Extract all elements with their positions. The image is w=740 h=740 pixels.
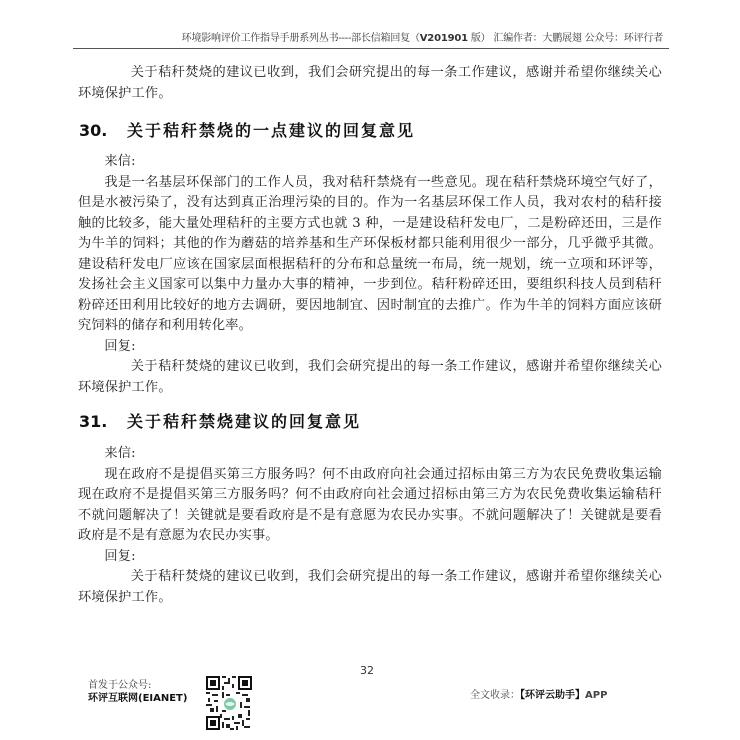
reply-label: 回复: <box>78 547 662 568</box>
qr-code-icon <box>206 676 252 730</box>
running-header: 环境影响评价工作指导手册系列丛书----部长信箱回复（V201901 版） 汇编… <box>73 33 669 49</box>
reply-label: 回复: <box>78 337 662 358</box>
section-number: 30. <box>79 121 127 140</box>
section-30-body: 来信: 我是一名基层环保部门的工作人员，我对秸秆禁烧有一些意见。现在秸秆禁烧环境… <box>78 152 662 398</box>
letter-body: 现在政府不是提倡买第三方服务吗？何不由政府向社会通过招标由第三方为农民免费收集运… <box>78 465 662 547</box>
previous-reply-text: 关于秸秆焚烧的建议已收到，我们会研究提出的每一条工作建议，感谢并希望你继续关心环… <box>78 63 662 104</box>
footer-collection: 全文收录：【环评云助手】APP <box>470 686 607 701</box>
app-suffix: APP <box>585 690 607 701</box>
account-name-en: (EIANET) <box>138 693 187 704</box>
reply-body: 关于秸秆焚烧的建议已收到，我们会研究提出的每一条工作建议，感谢并希望你继续关心环… <box>78 357 662 398</box>
section-heading-31: 31.关于秸秆禁烧建议的回复意见 <box>79 409 361 432</box>
letter-label: 来信: <box>78 152 662 173</box>
app-name: 【环评云助手】 <box>520 690 585 701</box>
section-title: 关于秸秆禁烧的一点建议的回复意见 <box>127 121 415 140</box>
section-31-body: 来信: 现在政府不是提倡买第三方服务吗？何不由政府向社会通过招标由第三方为农民免… <box>78 444 662 608</box>
section-heading-30: 30.关于秸秆禁烧的一点建议的回复意见 <box>79 118 415 141</box>
section-number: 31. <box>79 412 127 431</box>
letter-body: 我是一名基层环保部门的工作人员，我对秸秆禁烧有一些意见。现在秸秆禁烧环境空气好了… <box>78 173 662 337</box>
collection-label: 全文收录： <box>470 690 520 701</box>
account-name-cn: 环评互联网 <box>88 693 138 704</box>
footer-publisher: 首发于公众号: 环评互联网(EIANET) <box>88 679 187 705</box>
account-name: 环评互联网(EIANET) <box>88 692 187 705</box>
section-title: 关于秸秆禁烧建议的回复意见 <box>127 412 361 431</box>
first-published-label: 首发于公众号: <box>88 679 187 692</box>
reply-body: 关于秸秆焚烧的建议已收到，我们会研究提出的每一条工作建议，感谢并希望你继续关心环… <box>78 567 662 608</box>
header-series-title: 环境影响评价工作指导手册系列丛书----部长信箱回复（ <box>182 33 420 44</box>
header-version: V201901 <box>420 33 468 44</box>
page-number: 32 <box>360 664 374 677</box>
header-series-title-end: 版） 汇编作者：大鹏展翅 公众号：环评行者 <box>468 33 663 44</box>
letter-label: 来信: <box>78 444 662 465</box>
previous-reply-continuation: 关于秸秆焚烧的建议已收到，我们会研究提出的每一条工作建议，感谢并希望你继续关心环… <box>78 63 662 104</box>
